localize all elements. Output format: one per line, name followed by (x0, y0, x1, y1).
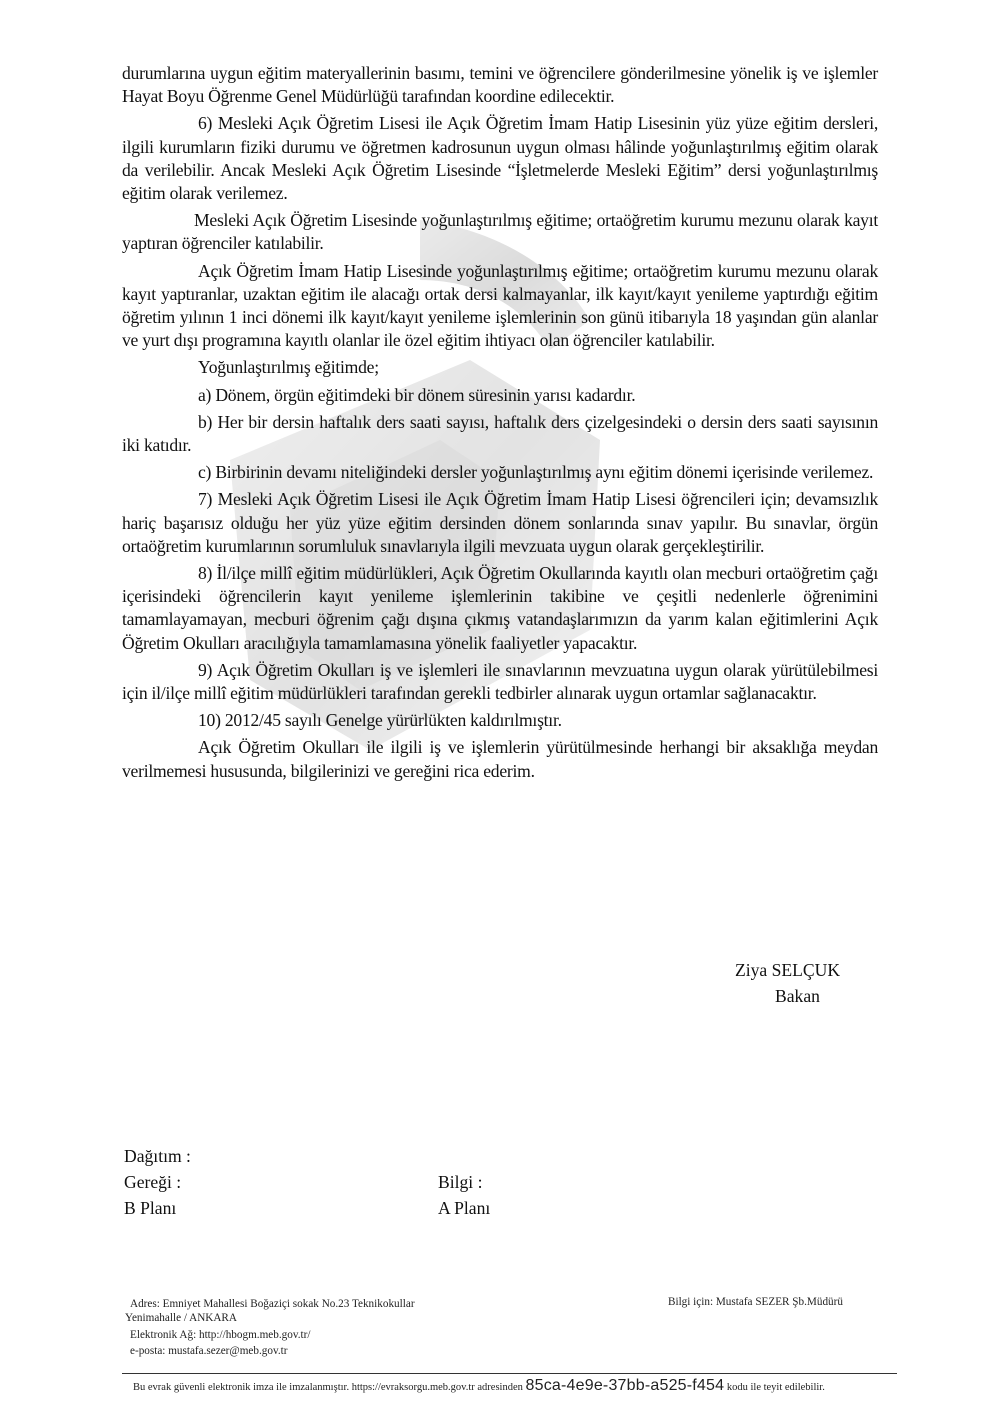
footer-divider (122, 1373, 897, 1374)
paragraph-item-10: 10) 2012/45 sayılı Genelge yürürlükten k… (122, 709, 878, 732)
paragraph-closing: Açık Öğretim Okulları ile ilgili iş ve i… (122, 736, 878, 782)
signature-block: Ziya SELÇUK Bakan (735, 957, 840, 1009)
paragraph-item-b: b) Her bir dersin haftalık ders saati sa… (122, 411, 878, 457)
verify-prefix: Bu evrak güvenli elektronik imza ile imz… (133, 1382, 523, 1393)
footer-email-link[interactable]: e-posta: mustafa.sezer@meb.gov.tr (130, 1345, 287, 1357)
verify-code: 85ca-4e9e-37bb-a525-f454 (526, 1377, 725, 1394)
distribution-heading: Dağıtım : (124, 1143, 544, 1169)
footer-address-line2: Yenimahalle / ANKARA (125, 1312, 237, 1324)
paragraph-item-c: c) Birbirinin devamı niteliğindeki dersl… (122, 461, 878, 484)
paragraph-intro-continuation: durumlarına uygun eğitim materyallerinin… (122, 62, 878, 108)
bilgi-value: A Planı (438, 1195, 490, 1221)
paragraph-item-6: 6) Mesleki Açık Öğretim Lisesi ile Açık … (122, 112, 878, 205)
signatory-name: Ziya SELÇUK (735, 957, 840, 983)
gerequi-value: B Planı (124, 1195, 438, 1221)
paragraph-yogunlastirilmis-heading: Yoğunlaştırılmış eğitimde; (122, 356, 878, 379)
document-page: durumlarına uygun eğitim materyallerinin… (0, 0, 1000, 1415)
gerequi-label: Gereği : (124, 1169, 438, 1195)
signatory-title: Bakan (735, 983, 840, 1009)
paragraph-item-7: 7) Mesleki Açık Öğretim Lisesi ile Açık … (122, 488, 878, 558)
paragraph-item-a: a) Dönem, örgün eğitimdeki bir dönem sür… (122, 384, 878, 407)
paragraph-item-8: 8) İl/ilçe millî eğitim müdürlükleri, Aç… (122, 562, 878, 655)
paragraph-item-9: 9) Açık Öğretim Okulları iş ve işlemleri… (122, 659, 878, 705)
distribution-block: Dağıtım : Gereği : Bilgi : B Planı A Pla… (124, 1143, 544, 1221)
verify-suffix: kodu ile teyit edilebilir. (727, 1382, 825, 1393)
footer-contact: Bilgi için: Mustafa SEZER Şb.Müdürü (668, 1296, 843, 1308)
e-signature-verification: Bu evrak güvenli elektronik imza ile imz… (133, 1377, 825, 1395)
paragraph-imam-hatip: Açık Öğretim İmam Hatip Lisesinde yoğunl… (122, 260, 878, 353)
paragraph-mesleki-lise: Mesleki Açık Öğretim Lisesinde yoğunlaşt… (122, 209, 878, 255)
footer-address-line1: Adres: Emniyet Mahallesi Boğaziçi sokak … (130, 1298, 415, 1310)
bilgi-label: Bilgi : (438, 1169, 482, 1195)
letter-body: durumlarına uygun eğitim materyallerinin… (122, 62, 878, 787)
footer-web-link[interactable]: Elektronik Ağ: http://hbogm.meb.gov.tr/ (130, 1329, 310, 1341)
